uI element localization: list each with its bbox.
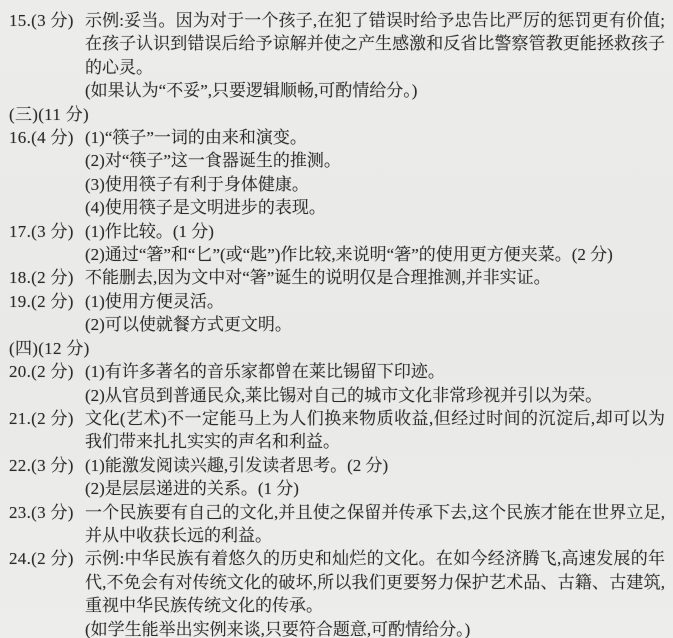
answer-item-content: 不能删去,因为文中对“箸”诞生的说明仅是合理推测,并非实证。: [85, 266, 665, 289]
answer-paragraph: 一个民族要有自己的文化,并且使之保留并传承下去,这个民族才能在世界立足,并从中收…: [85, 501, 665, 548]
answer-item-label: 15.(3 分): [9, 9, 85, 32]
answer-paragraph: (4)使用筷子是文明进步的表现。: [85, 196, 665, 219]
answer-item-label: 23.(3 分): [9, 501, 85, 524]
answer-item: 18.(2 分) 不能删去,因为文中对“箸”诞生的说明仅是合理推测,并非实证。: [9, 266, 665, 289]
answer-paragraph: 示例:中华民族有着悠久的历史和灿烂的文化。在如今经济腾飞,高速发展的年代,不免会…: [85, 547, 665, 617]
answer-item-content: 示例:中华民族有着悠久的历史和灿烂的文化。在如今经济腾飞,高速发展的年代,不免会…: [85, 547, 665, 638]
answer-item-content: 示例:妥当。因为对于一个孩子,在犯了错误时给予忠告比严厉的惩罚更有价值;在孩子认…: [85, 9, 665, 103]
answer-paragraph: (3)使用筷子有利于身体健康。: [85, 173, 665, 196]
answer-paragraph: 示例:妥当。因为对于一个孩子,在犯了错误时给予忠告比严厉的惩罚更有价值;在孩子认…: [85, 9, 665, 79]
answer-item-content: 一个民族要有自己的文化,并且使之保留并传承下去,这个民族才能在世界立足,并从中收…: [85, 501, 665, 548]
answer-paragraph: 不能删去,因为文中对“箸”诞生的说明仅是合理推测,并非实证。: [85, 266, 665, 289]
answer-paragraph: (1)“筷子”一词的由来和演变。: [85, 126, 665, 149]
answer-paragraph: (1)有许多著名的音乐家都曾在莱比锡留下印迹。: [85, 360, 665, 383]
answer-item: 17.(3 分) (1)作比较。(1 分)(2)通过“箸”和“匕”(或“匙”)作…: [9, 220, 665, 267]
answer-item-label: 19.(2 分): [9, 290, 85, 313]
answer-paragraph: (2)可以使就餐方式更文明。: [85, 313, 665, 336]
answer-paragraph: (如学生能举出实例来谈,只要符合题意,可酌情给分。): [85, 618, 665, 638]
answer-item-label: 22.(3 分): [9, 454, 85, 477]
answer-item-content: (1)“筷子”一词的由来和演变。(2)对“筷子”这一食器诞生的推测。(3)使用筷…: [85, 126, 665, 220]
answer-item-label: 20.(2 分): [9, 360, 85, 383]
answer-entries: 15.(3 分) 示例:妥当。因为对于一个孩子,在犯了错误时给予忠告比严厉的惩罚…: [9, 9, 665, 638]
answer-item-content: (1)作比较。(1 分)(2)通过“箸”和“匕”(或“匙”)作比较,来说明“箸”…: [85, 220, 665, 267]
answer-item: 15.(3 分) 示例:妥当。因为对于一个孩子,在犯了错误时给予忠告比严厉的惩罚…: [9, 9, 665, 103]
answer-paragraph: (1)作比较。(1 分): [85, 220, 665, 243]
answer-item: 21.(2 分) 文化(艺术)不一定能马上为人们换来物质收益,但经过时间的沉淀后…: [9, 407, 665, 454]
answer-item: 22.(3 分) (1)能激发阅读兴趣,引发读者思考。(2 分)(2)是层层递进…: [9, 454, 665, 501]
answer-item-label: 21.(2 分): [9, 407, 85, 430]
section-label: (四)(12 分): [9, 339, 90, 358]
answer-paragraph: 文化(艺术)不一定能马上为人们换来物质收益,但经过时间的沉淀后,却可以为我们带来…: [85, 407, 665, 454]
answer-item-content: (1)使用方便灵活。(2)可以使就餐方式更文明。: [85, 290, 665, 337]
section-heading: (四)(12 分): [9, 337, 665, 360]
answer-item-label: 24.(2 分): [9, 547, 85, 570]
answer-sheet-page: 15.(3 分) 示例:妥当。因为对于一个孩子,在犯了错误时给予忠告比严厉的惩罚…: [0, 0, 673, 638]
answer-item: 16.(4 分) (1)“筷子”一词的由来和演变。(2)对“筷子”这一食器诞生的…: [9, 126, 665, 220]
answer-item-label: 18.(2 分): [9, 266, 85, 289]
answer-paragraph: (2)对“筷子”这一食器诞生的推测。: [85, 149, 665, 172]
answer-paragraph: (2)从官员到普通民众,莱比锡对自己的城市文化非常珍视并引以为荣。: [85, 384, 665, 407]
answer-item-label: 16.(4 分): [9, 126, 85, 149]
answer-paragraph: (2)通过“箸”和“匕”(或“匙”)作比较,来说明“箸”的使用更方便夹菜。(2 …: [85, 243, 665, 266]
answer-paragraph: (如果认为“不妥”,只要逻辑顺畅,可酌情给分。): [85, 79, 665, 102]
answer-item: 24.(2 分) 示例:中华民族有着悠久的历史和灿烂的文化。在如今经济腾飞,高速…: [9, 547, 665, 638]
answer-paragraph: (2)是层层递进的关系。(1 分): [85, 477, 665, 500]
answer-item-content: (1)有许多著名的音乐家都曾在莱比锡留下印迹。(2)从官员到普通民众,莱比锡对自…: [85, 360, 665, 407]
answer-item-label: 17.(3 分): [9, 220, 85, 243]
section-label: (三)(11 分): [9, 105, 89, 124]
answer-paragraph: (1)能激发阅读兴趣,引发读者思考。(2 分): [85, 454, 665, 477]
answer-item: 20.(2 分) (1)有许多著名的音乐家都曾在莱比锡留下印迹。(2)从官员到普…: [9, 360, 665, 407]
section-heading: (三)(11 分): [9, 103, 665, 126]
answer-paragraph: (1)使用方便灵活。: [85, 290, 665, 313]
answer-item: 19.(2 分) (1)使用方便灵活。(2)可以使就餐方式更文明。: [9, 290, 665, 337]
answer-item-content: (1)能激发阅读兴趣,引发读者思考。(2 分)(2)是层层递进的关系。(1 分): [85, 454, 665, 501]
answer-item-content: 文化(艺术)不一定能马上为人们换来物质收益,但经过时间的沉淀后,却可以为我们带来…: [85, 407, 665, 454]
answer-item: 23.(3 分) 一个民族要有自己的文化,并且使之保留并传承下去,这个民族才能在…: [9, 501, 665, 548]
